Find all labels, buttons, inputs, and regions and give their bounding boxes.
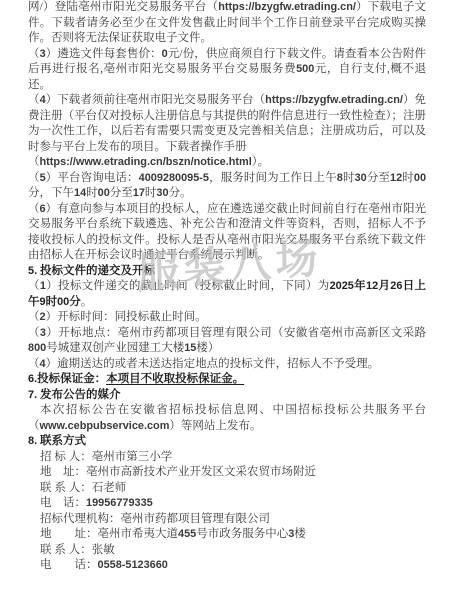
section7-heading: 7. 发布公告的媒介: [28, 388, 426, 404]
item1-prefix: （1）投标文件递交的截止时间（投标截止时间，下同）为: [28, 280, 330, 292]
tenderer-address-row: 地 址：亳州市高新技术产业开发区文采农贸市场附近: [28, 465, 426, 481]
para-download-notice: 网/）登陆亳州市阳光交易服务平台（https://bzygfw.etrading…: [28, 0, 426, 47]
item1-suffix: 。: [81, 296, 93, 308]
agency-phone-value: 0558-5123660: [98, 559, 168, 571]
para-file-price: （3）遴选文件每套售价：0元/份，供应商须自行下载文件。请查看本公告附件后再进行…: [28, 47, 426, 94]
section5-item2-open-time: （2）开标时间：同投标截止时间。: [28, 310, 426, 326]
agency-address-row: 地 址：亳州市希夷大道455号市政务服务中心3楼: [28, 527, 426, 543]
tenderer-name-row: 招 标 人：亳州市第三小学: [28, 450, 426, 466]
tenderer-address-value: 亳州市高新技术产业开发区文采农贸市场附近: [86, 466, 316, 478]
tenderer-phone-value: 19956779335: [86, 497, 153, 509]
para-download-requirement: （6）有意向参与本项目的投标人，应在遴选递交截止时间前自行在亳州市阳光交易服务平…: [28, 202, 426, 264]
tenderer-phone-row: 电 话：19956779335: [28, 496, 426, 512]
tenderer-phone-label: 电 话：: [40, 497, 86, 509]
tender-notice-body: 网/）登陆亳州市阳光交易服务平台（https://bzygfw.etrading…: [0, 0, 450, 574]
agency-name-row: 招标代理机构：亳州市药都项目管理有限公司: [28, 512, 426, 528]
tenderer-contact-row: 联 系 人：石老师: [28, 481, 426, 497]
tenderer-contact-value: 石老师: [92, 482, 127, 494]
section5-item3-open-place: （3）开标地点：亳州市药都项目管理有限公司（安徽省亳州市高新区文采路800号城建…: [28, 326, 426, 357]
tenderer-name-label: 招 标 人：: [40, 451, 92, 463]
bid-bond-label: 6.投标保证金：: [28, 373, 106, 385]
agency-address-value: 亳州市希夷大道455号市政务服务中心3楼: [98, 528, 306, 540]
agency-phone-label: 电 话：: [40, 559, 98, 571]
tenderer-address-label: 地 址：: [40, 466, 86, 478]
para-manual-url: （https://www.etrading.cn/bszn/notice.htm…: [28, 155, 426, 171]
section5-item4-late-delivery: （4）逾期送达的或者未送达指定地点的投标文件，招标人不予受理。: [28, 357, 426, 373]
agency-contact-row: 联 系 人：张敏: [28, 543, 426, 559]
agency-name-value: 亳州市药都项目管理有限公司: [121, 513, 271, 525]
tender-notice-page: 服装八场 网/）登陆亳州市阳光交易服务平台（https://bzygfw.etr…: [0, 0, 450, 600]
agency-contact-value: 张敏: [92, 544, 115, 556]
agency-address-label: 地 址：: [40, 528, 98, 540]
agency-contact-label: 联 系 人：: [40, 544, 92, 556]
agency-phone-row: 电 话：0558-5123660: [28, 558, 426, 574]
para-announcement-media: 本次招标公告在安徽省招标投标信息网、中国招标投标公共服务平台（www.cebpu…: [28, 403, 426, 434]
section8-heading: 8. 联系方式: [28, 434, 426, 450]
section5-heading: 5. 投标文件的递交及开标: [28, 264, 426, 280]
tenderer-name-value: 亳州市第三小学: [92, 451, 173, 463]
section5-item1-deadline: （1）投标文件递交的截止时间（投标截止时间，下同）为2025年12月26日上午9…: [28, 279, 426, 310]
section6-bid-bond: 6.投标保证金：本项目不收取投标保证金。: [28, 372, 426, 388]
tenderer-contact-label: 联 系 人：: [40, 482, 92, 494]
para-registration: （4）下载者须前往亳州市阳光交易服务平台（https://bzygfw.etra…: [28, 93, 426, 155]
bid-bond-statement: 本项目不收取投标保证金。: [106, 373, 244, 385]
para-platform-hotline: （5）平台咨询电话：4009280095-5，服务时间为工作日上午8时30分至1…: [28, 171, 426, 202]
agency-name-label: 招标代理机构：: [40, 513, 121, 525]
